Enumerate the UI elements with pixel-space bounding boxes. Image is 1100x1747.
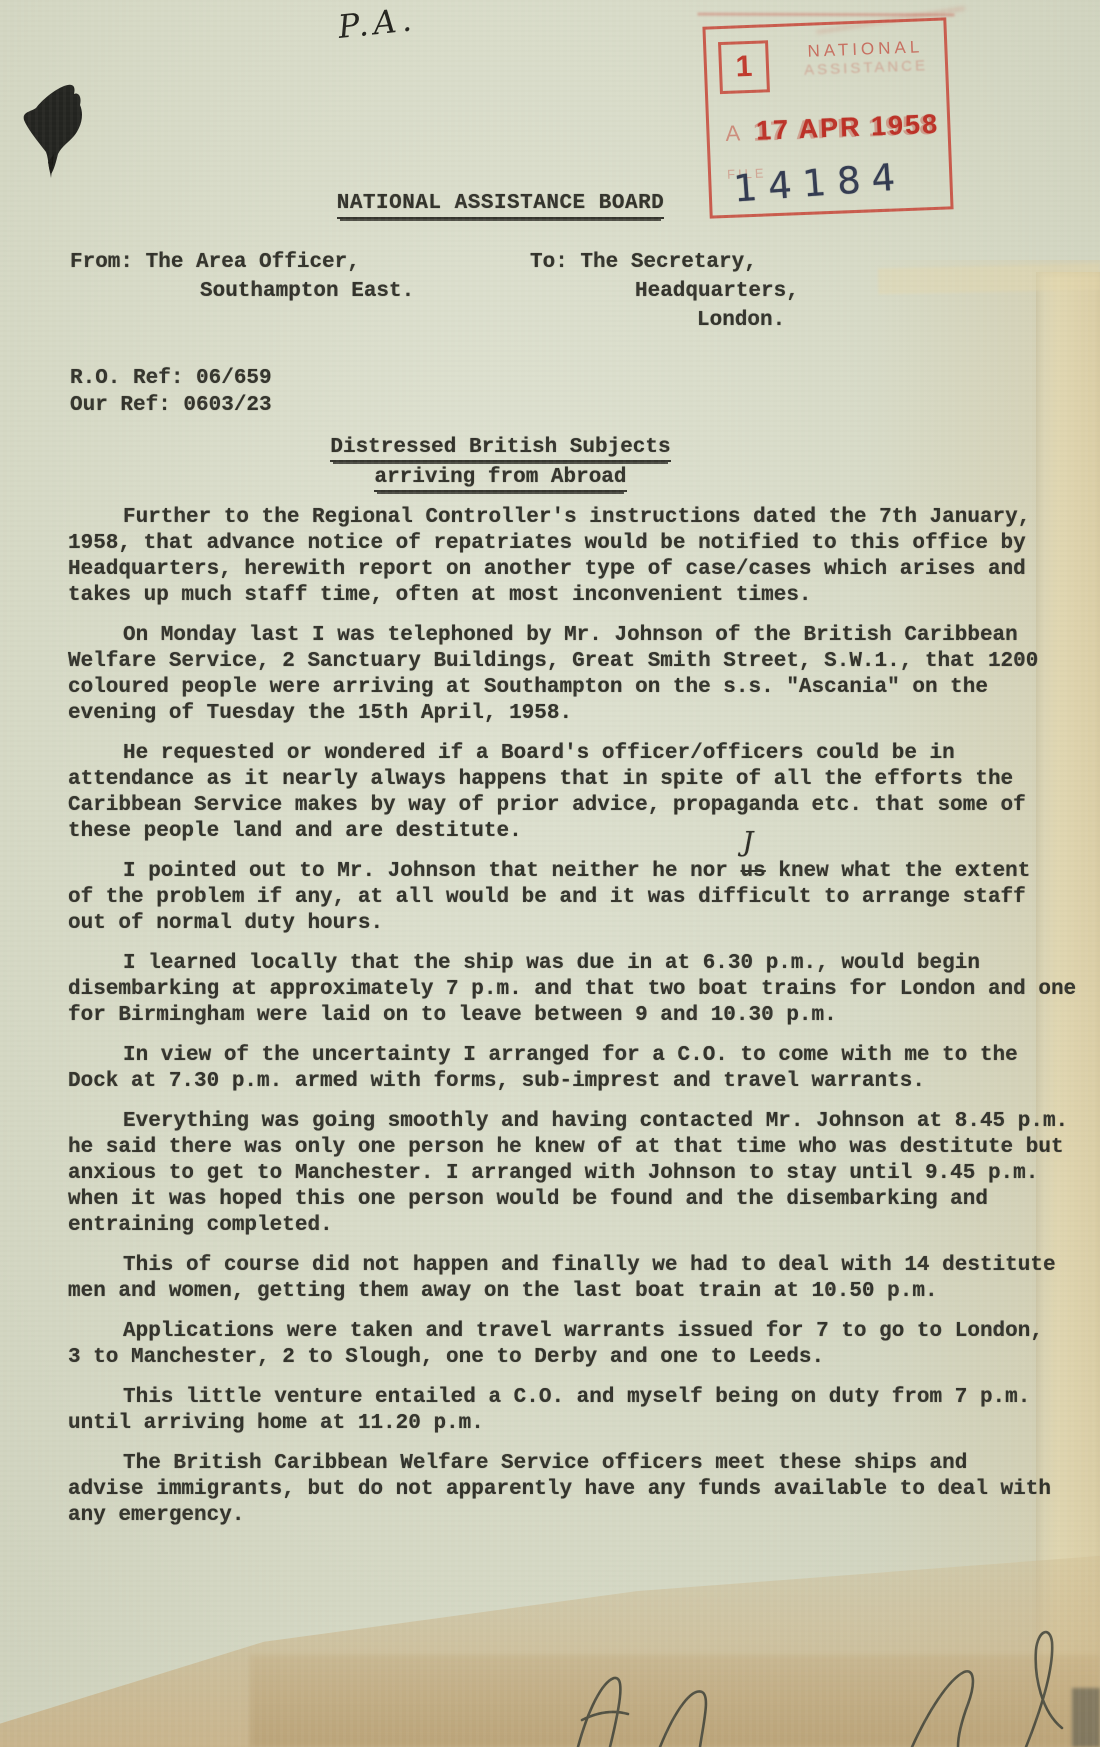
our-ref: Our Ref: 0603/23: [70, 392, 272, 419]
paragraph: This of course did not happen and finall…: [68, 1253, 1100, 1305]
document-page: P.A. 1 NATIONAL ASSISTANCE A17 APR 1958 …: [0, 0, 1100, 1747]
subject-heading: Distressed British Subjects arriving fro…: [68, 433, 933, 493]
stamp-box-number: 1: [735, 50, 753, 85]
paragraph: Further to the Regional Controller's ins…: [68, 505, 1100, 609]
paragraph: This little venture entailed a C.O. and …: [68, 1385, 1100, 1437]
signature-strokes: [540, 1620, 1100, 1747]
to-line: London.: [530, 306, 799, 335]
date-stamp-row: A17 APR 1958: [725, 109, 936, 148]
paragraph: In view of the uncertainty I arranged fo…: [68, 1043, 1100, 1095]
ro-ref: R.O. Ref: 06/659: [70, 365, 272, 392]
from-line: From: The Area Officer,: [70, 248, 414, 277]
from-address: From: The Area Officer, Southampton East…: [70, 248, 414, 306]
paragraph: He requested or wondered if a Board's of…: [68, 741, 1100, 845]
paragraph: The British Caribbean Welfare Service of…: [68, 1451, 1100, 1529]
document-title: NATIONAL ASSISTANCE BOARD: [68, 192, 933, 215]
paragraph: I learned locally that the ship was due …: [68, 951, 1100, 1029]
paragraph-text: I pointed out to Mr. Johnson that neithe…: [123, 860, 741, 883]
subject-line: arriving from Abroad: [374, 466, 626, 492]
subject-line: Distressed British Subjects: [330, 436, 670, 462]
from-line: Southampton East.: [70, 277, 414, 306]
ink-blot: [14, 70, 104, 185]
to-line: To: The Secretary,: [530, 248, 799, 277]
paragraph: Everything was going smoothly and having…: [68, 1109, 1100, 1239]
letter-body: Further to the Regional Controller's ins…: [68, 505, 1100, 1543]
stamp-prefix-letter: A: [725, 120, 741, 146]
reference-numbers: R.O. Ref: 06/659 Our Ref: 0603/23: [70, 365, 272, 419]
handwritten-insert: J: [743, 830, 754, 856]
stamp-organisation: NATIONAL ASSISTANCE: [790, 37, 941, 80]
to-address: To: The Secretary, Headquarters, London.: [530, 248, 799, 335]
struck-word: Jus: [741, 860, 766, 883]
handwritten-pa-annotation: P.A.: [336, 0, 418, 46]
paragraph: On Monday last I was telephoned by Mr. J…: [68, 623, 1100, 727]
receipt-stamp: 1 NATIONAL ASSISTANCE A17 APR 1958 FILE …: [702, 17, 953, 218]
stamp-number-box: 1: [718, 40, 770, 94]
paragraph-with-correction: I pointed out to Mr. Johnson that neithe…: [68, 859, 1100, 937]
tape-edge: [878, 264, 1100, 295]
to-line: Headquarters,: [530, 277, 799, 306]
paragraph: Applications were taken and travel warra…: [68, 1319, 1100, 1371]
date-stamp: 17 APR 1958: [756, 109, 940, 146]
